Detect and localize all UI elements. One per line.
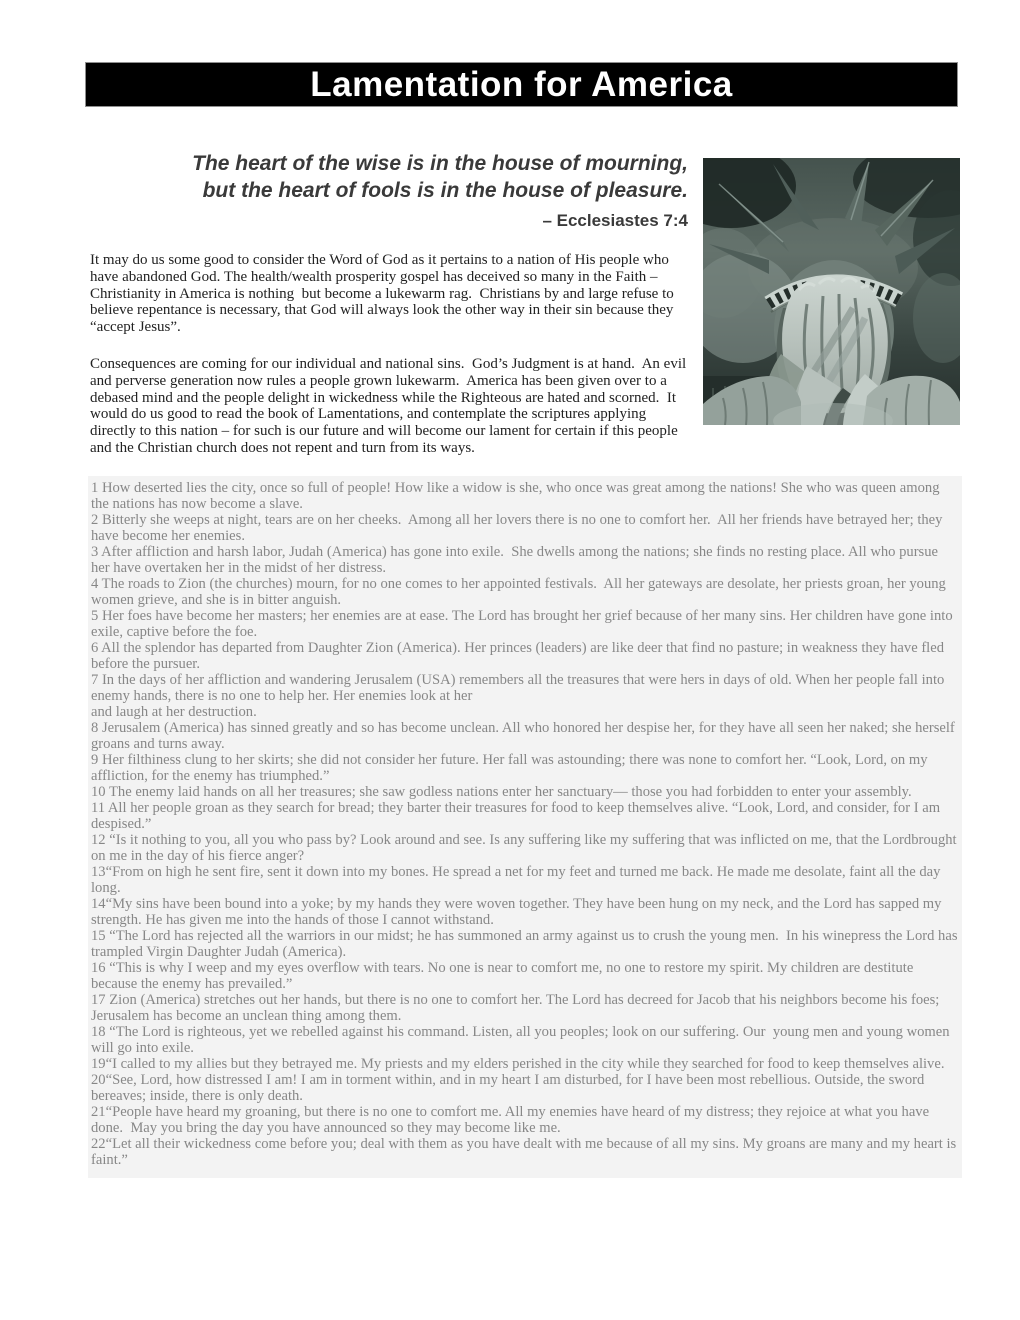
quote-attribution: – Ecclesiastes 7:4 [90,211,688,231]
verse-3: 3 After affliction and harsh labor, Juda… [91,544,958,576]
verse-7: 7 In the days of her affliction and wand… [91,672,958,720]
page-title: Lamentation for America [310,65,733,105]
verse-14: 14“My sins have been bound into a yoke; … [91,896,958,928]
verse-21: 21“People have heard my groaning, but th… [91,1104,958,1136]
verse-20: 20“See, Lord, how distressed I am! I am … [91,1072,958,1104]
verse-4: 4 The roads to Zion (the churches) mourn… [91,576,958,608]
verse-10: 10 The enemy laid hands on all her treas… [91,784,958,800]
quote-line-1: The heart of the wise is in the house of… [90,150,688,177]
scripture-quote-block: The heart of the wise is in the house of… [90,150,688,231]
verse-22: 22“Let all their wickedness come before … [91,1136,958,1168]
verse-16: 16 “This is why I weep and my eyes overf… [91,960,958,992]
verse-13: 13“From on high he sent fire, sent it do… [91,864,958,896]
title-banner: Lamentation for America [85,62,958,107]
verse-5: 5 Her foes have become her masters; her … [91,608,958,640]
verse-2: 2 Bitterly she weeps at night, tears are… [91,512,958,544]
verse-19: 19“I called to my allies but they betray… [91,1056,958,1072]
verse-11: 11 All her people groan as they search f… [91,800,958,832]
weeping-statue-of-liberty-image [703,158,960,425]
intro-paragraph-1: It may do us some good to consider the W… [90,252,690,336]
verse-17: 17 Zion (America) stretches out her hand… [91,992,958,1024]
verse-15: 15 “The Lord has rejected all the warrio… [91,928,958,960]
verse-12: 12 “Is it nothing to you, all you who pa… [91,832,958,864]
lamentations-verses-panel: 1 How deserted lies the city, once so fu… [88,476,962,1178]
document-page: Lamentation for America The heart of the… [0,0,1020,1320]
verse-8: 8 Jerusalem (America) has sinned greatly… [91,720,958,752]
verse-1: 1 How deserted lies the city, once so fu… [91,480,958,512]
quote-line-2: but the heart of fools is in the house o… [90,177,688,204]
verse-9: 9 Her filthiness clung to her skirts; sh… [91,752,958,784]
intro-paragraph-2: Consequences are coming for our individu… [90,356,690,457]
verse-6: 6 All the splendor has departed from Dau… [91,640,958,672]
verse-18: 18 “The Lord is righteous, yet we rebell… [91,1024,958,1056]
